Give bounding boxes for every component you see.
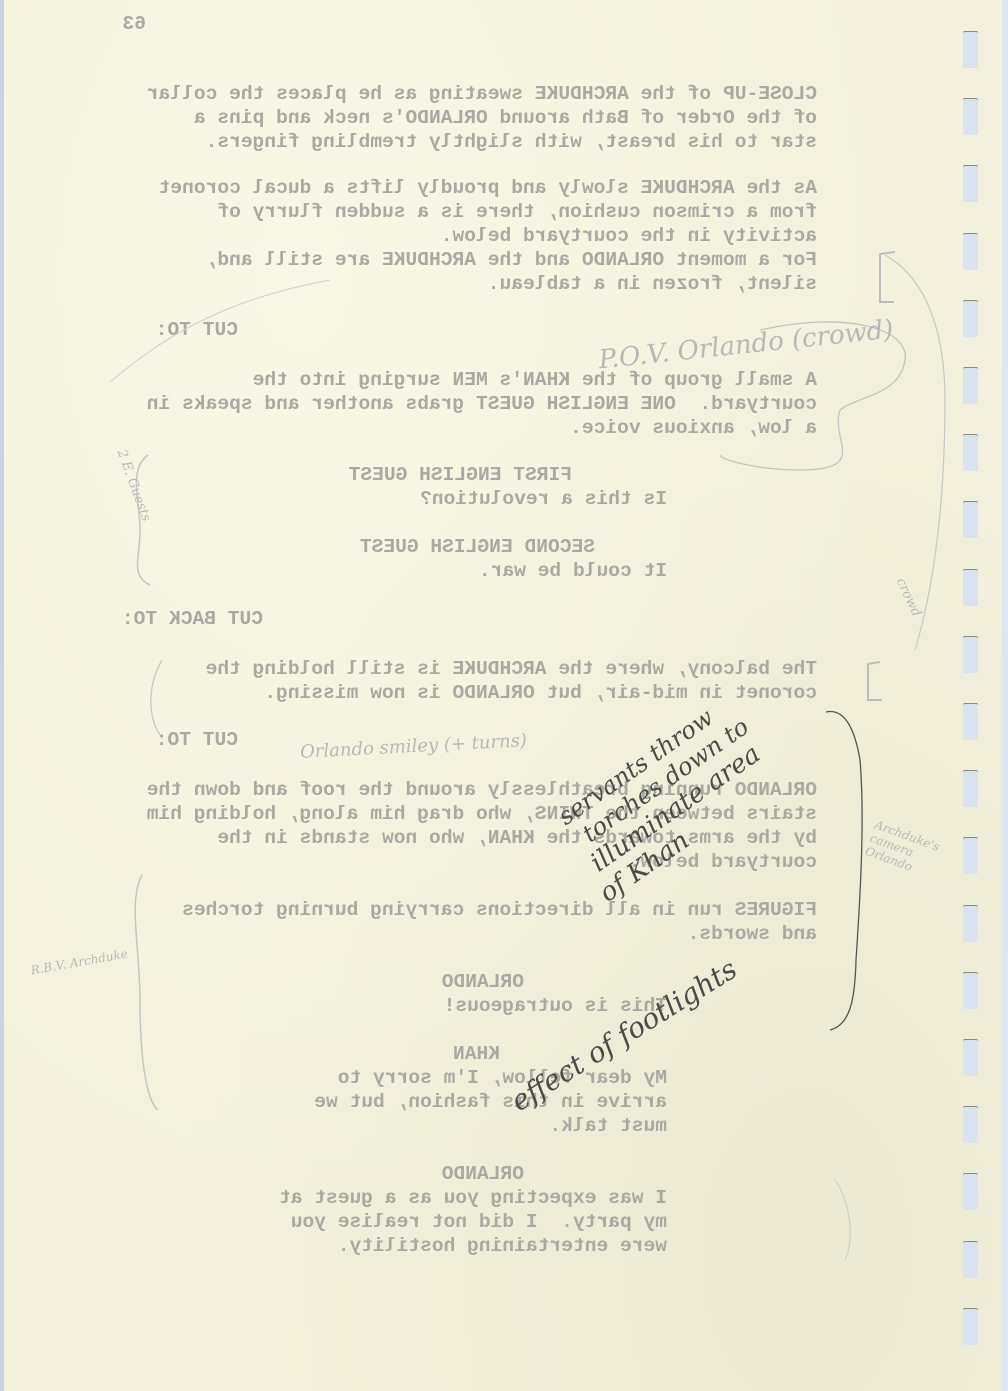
bracket-icon: [868, 662, 882, 700]
pencil-marks: [0, 0, 1008, 1391]
scanned-page: 63 CLOSE-UP of the ARCHDUKE sweating as …: [0, 0, 1008, 1391]
